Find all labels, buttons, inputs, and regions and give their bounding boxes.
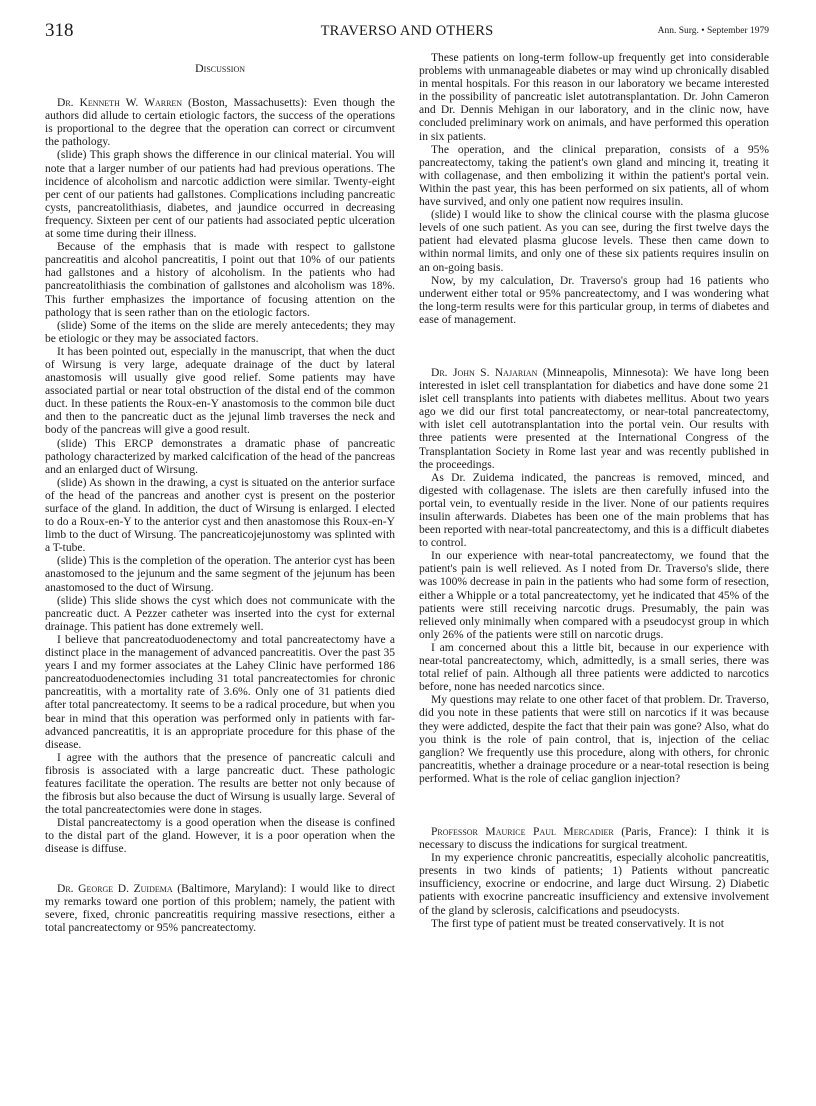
najarian-intro-paragraph: Dr. John S. Najarian (Minneapolis, Minne… bbox=[419, 367, 769, 472]
page-header: 318 TRAVERSO AND OTHERS Ann. Surg. • Sep… bbox=[45, 20, 769, 44]
zuidema-intro-paragraph: Dr. George D. Zuidema (Baltimore, Maryla… bbox=[45, 883, 395, 935]
speaker-divider bbox=[45, 857, 395, 883]
section-title: Discussion bbox=[45, 62, 395, 75]
speaker-divider bbox=[419, 327, 769, 367]
right-column: These patients on long-term follow-up fr… bbox=[419, 52, 769, 931]
body-paragraph: These patients on long-term follow-up fr… bbox=[419, 52, 769, 144]
body-paragraph: (slide) This ERCP demonstrates a dramati… bbox=[45, 438, 395, 477]
body-paragraph: (slide) This is the completion of the op… bbox=[45, 555, 395, 594]
body-paragraph: (slide) This slide shows the cyst which … bbox=[45, 595, 395, 634]
body-paragraph: (slide) I would like to show the clinica… bbox=[419, 209, 769, 274]
body-paragraph: In our experience with near-total pancre… bbox=[419, 550, 769, 642]
speaker-divider bbox=[419, 786, 769, 826]
speaker-name: Dr. Kenneth W. Warren bbox=[57, 97, 182, 109]
body-paragraph: (slide) As shown in the drawing, a cyst … bbox=[45, 477, 395, 556]
left-column: Discussion Dr. Kenneth W. Warren (Boston… bbox=[45, 62, 395, 935]
body-paragraph: (slide) This graph shows the difference … bbox=[45, 149, 395, 241]
body-paragraph: (slide) Some of the items on the slide a… bbox=[45, 320, 395, 346]
speaker-remarks: (Minneapolis, Minnesota): We have long b… bbox=[419, 367, 769, 471]
journal-citation: Ann. Surg. • September 1979 bbox=[658, 26, 769, 36]
speaker-name: Dr. George D. Zuidema bbox=[57, 883, 173, 895]
body-paragraph: It has been pointed out, especially in t… bbox=[45, 346, 395, 438]
speaker-name: Professor Maurice Paul Mercadier bbox=[431, 826, 614, 838]
body-paragraph: The operation, and the clinical preparat… bbox=[419, 144, 769, 209]
body-paragraph: In my experience chronic pancreatitis, e… bbox=[419, 852, 769, 917]
mercadier-intro-paragraph: Professor Maurice Paul Mercadier (Paris,… bbox=[419, 826, 769, 852]
body-paragraph: I believe that pancreatoduodenectomy and… bbox=[45, 634, 395, 752]
body-paragraph: The first type of patient must be treate… bbox=[419, 918, 769, 931]
body-paragraph: Now, by my calculation, Dr. Traverso's g… bbox=[419, 275, 769, 327]
body-paragraph: I am concerned about this a little bit, … bbox=[419, 642, 769, 694]
body-paragraph: As Dr. Zuidema indicated, the pancreas i… bbox=[419, 472, 769, 551]
body-paragraph: My questions may relate to one other fac… bbox=[419, 694, 769, 786]
body-paragraph: Distal pancreatectomy is a good operatio… bbox=[45, 817, 395, 856]
warren-intro-paragraph: Dr. Kenneth W. Warren (Boston, Massachus… bbox=[45, 97, 395, 149]
speaker-name: Dr. John S. Najarian bbox=[431, 367, 537, 379]
body-paragraph: I agree with the authors that the presen… bbox=[45, 752, 395, 817]
body-paragraph: Because of the emphasis that is made wit… bbox=[45, 241, 395, 320]
